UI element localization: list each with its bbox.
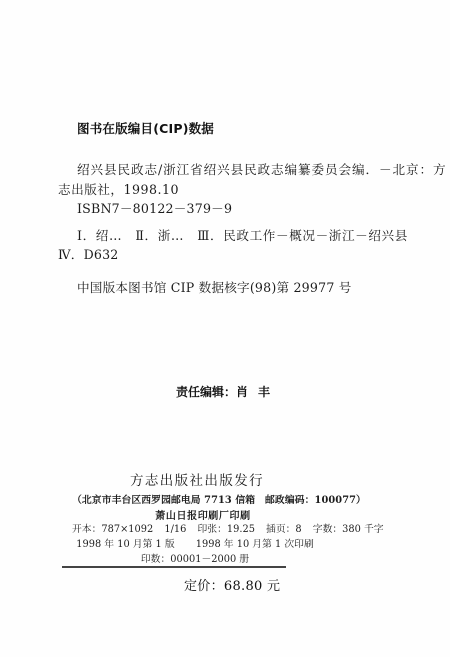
publisher: 方志出版社出版发行 — [62, 469, 332, 489]
spec-words: 字数：380 千字 — [313, 524, 384, 535]
book-specs: 开本：787×1092 1/16 印张：19.25 插页：8 字数：380 千字 — [72, 521, 332, 535]
editor-name-part-2: 丰 — [258, 385, 270, 399]
cip-bibliographic-line-1: 绍兴县民政志/浙江省绍兴县民政志编纂委员会编．－北京：方 — [77, 159, 446, 178]
spec-sheets: 印张：19.25 — [197, 524, 254, 535]
isbn: ISBN7－80122－379－9 — [77, 198, 232, 217]
divider-line — [62, 566, 286, 568]
price: 定价：68.80 元 — [184, 575, 280, 594]
editor-label: 责任编辑： — [176, 385, 236, 399]
printing: 1998 年 10 月第 1 次印刷 — [196, 539, 314, 550]
print-run: 印数：00001－2000 册 — [60, 551, 330, 565]
edition: 1998 年 10 月第 1 版 — [76, 539, 174, 550]
spec-fold: 1/16 — [164, 524, 186, 535]
cip-classification-line-1: Ⅰ．绍… Ⅱ．浙… Ⅲ．民政工作－概况－浙江－绍兴县 — [77, 225, 408, 244]
edition-info: 1998 年 10 月第 1 版 1998 年 10 月第 1 次印刷 — [60, 536, 330, 550]
editor-name-part-1: 肖 — [236, 385, 248, 399]
responsible-editor: 责任编辑：肖丰 — [176, 383, 270, 400]
spec-format: 开本：787×1092 — [72, 524, 153, 535]
cip-heading: 图书在版编目(CIP)数据 — [77, 119, 214, 137]
printer: 萧山日报印刷厂印刷 — [68, 507, 338, 522]
copyright-page: 图书在版编目(CIP)数据 绍兴县民政志/浙江省绍兴县民政志编纂委员会编．－北京… — [0, 0, 450, 657]
publisher-address: （北京市丰台区西罗园邮电局 7713 信箱 邮政编码：100077） — [72, 492, 342, 506]
cip-check-number: 中国版本图书馆 CIP 数据核字(98)第 29977 号 — [77, 277, 352, 296]
spec-plates: 插页：8 — [266, 524, 302, 535]
cip-bibliographic-line-2: 志出版社，1998.10 — [58, 179, 179, 198]
cip-classification-line-2: Ⅳ．D632 — [58, 244, 119, 263]
